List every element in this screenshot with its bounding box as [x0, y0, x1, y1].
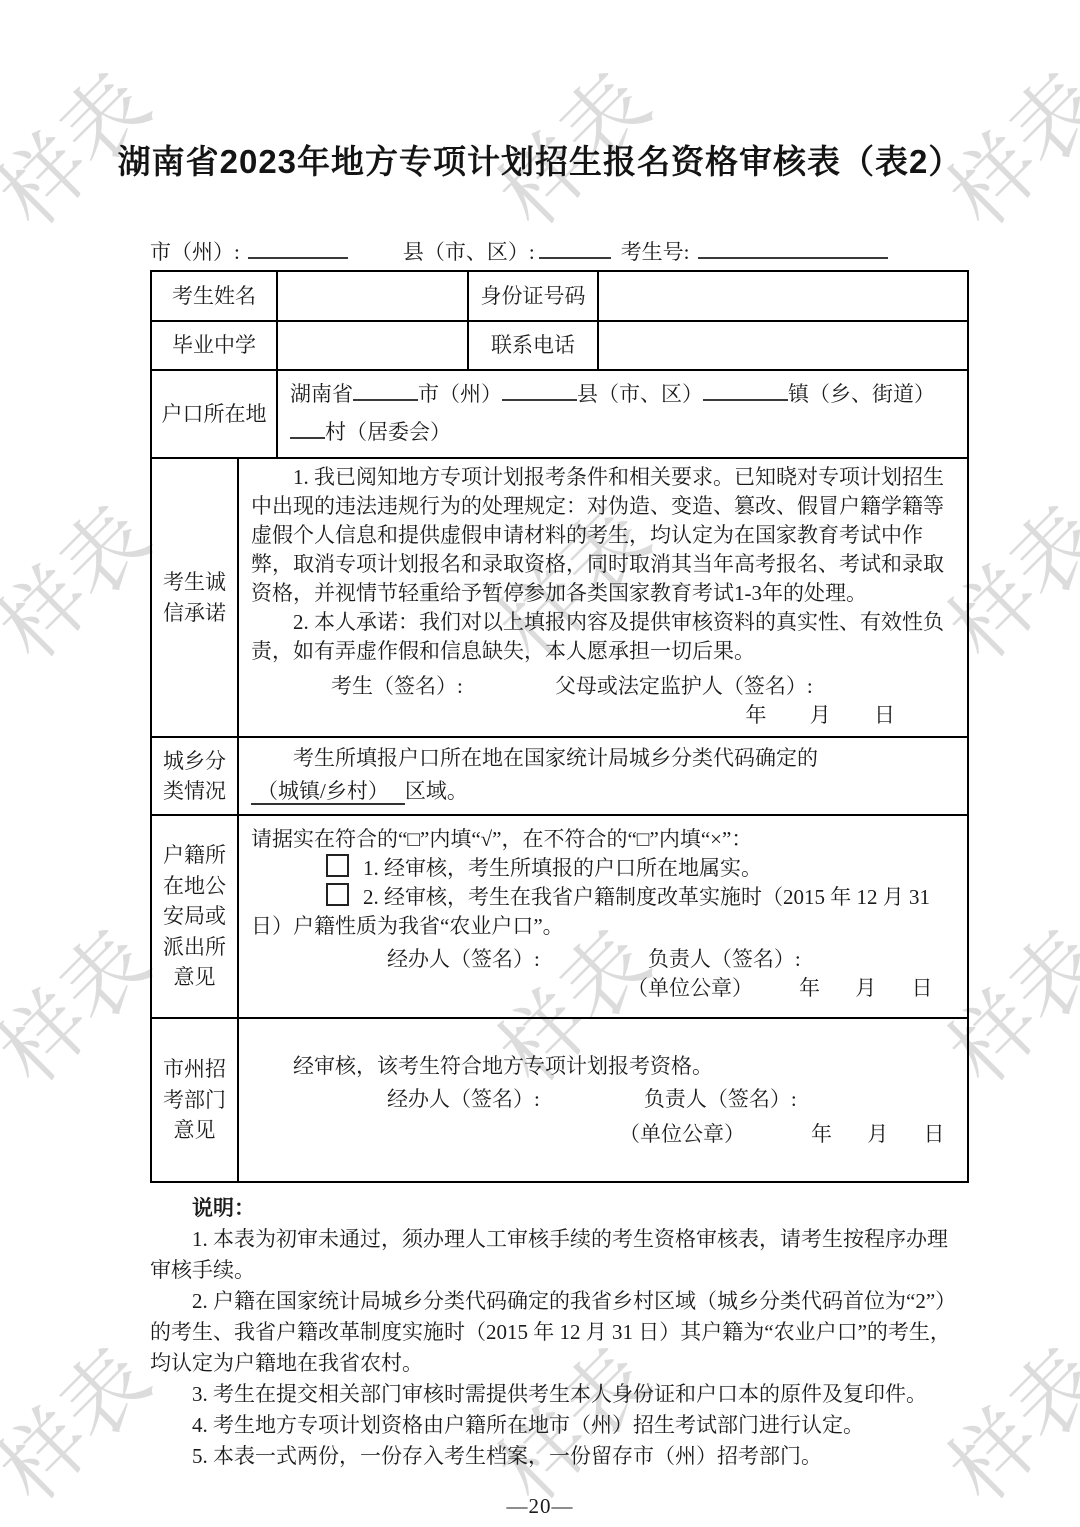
id-number-label: 身份证号码: [468, 271, 598, 321]
urban-rural-cell: 考生所填报户口所在地在国家统计局城乡分类代码确定的（城镇/乡村）区域。: [238, 737, 968, 815]
candidate-no-blank[interactable]: [698, 235, 888, 259]
page-number: —20—: [0, 1494, 1080, 1519]
admission-statement: 经审核，该考生符合地方专项计划报考资格。: [251, 1052, 955, 1081]
county-blank[interactable]: [539, 235, 611, 259]
note-item-5: 5. 本表一式两份，一份存入考生档案，一份留存市（州）招考部门。: [150, 1441, 968, 1472]
contact-phone-label: 联系电话: [468, 321, 598, 370]
police-signature-row: 经办人（签名）: 负责人（签名）:: [251, 945, 955, 974]
hukou-blank-3[interactable]: [703, 377, 788, 401]
hukou-seg-county: 县（市、区）: [577, 382, 703, 406]
integrity-pledge-cell: 1. 我已阅知地方专项计划报考条件和相关要求。已知晓对专项计划招生中出现的违法违…: [238, 458, 968, 737]
note-item-4: 4. 考生地方专项计划资格由户籍所在地市（州）招生考试部门进行认定。: [150, 1410, 968, 1441]
police-check-item-1: 1. 经审核，考生所填报的户口所在地属实。: [251, 854, 955, 883]
police-handler-sign-label[interactable]: 经办人（签名）:: [387, 945, 540, 974]
admission-seal-label: （单位公章）: [619, 1120, 745, 1149]
form-document: 湖南省2023年地方专项计划招生报名资格审核表（表2） 市（州）:县（市、区）:…: [0, 136, 1080, 1519]
table-row: 户籍所在地公安局或派出所意见 请据实在符合的“□”内填“√”，在不符合的“□”内…: [151, 815, 968, 1018]
id-number-value[interactable]: [598, 271, 968, 321]
admission-date-line: 年 月 日: [811, 1120, 945, 1149]
police-opinion-label: 户籍所在地公安局或派出所意见: [151, 815, 238, 1018]
police-check-item-2: 2. 经审核，考生在我省户籍制度改革实施时（2015 年 12 月 31 日）户…: [251, 883, 955, 941]
table-row: 户口所在地 湖南省市（州）县（市、区）镇（乡、街道）村（居委会）: [151, 370, 968, 458]
hukou-seg-province: 湖南省: [290, 382, 353, 406]
admission-handler-sign-label[interactable]: 经办人（签名）:: [387, 1085, 540, 1114]
integrity-para-1: 1. 我已阅知地方专项计划报考条件和相关要求。已知晓对专项计划招生中出现的违法违…: [251, 463, 955, 608]
contact-phone-value[interactable]: [598, 321, 968, 370]
police-item-2-text: 2. 经审核，考生在我省户籍制度改革实施时（2015 年 12 月 31 日）户…: [251, 885, 930, 938]
graduate-school-value[interactable]: [277, 321, 468, 370]
city-blank[interactable]: [248, 235, 348, 259]
admission-signature-row: 经办人（签名）: 负责人（签名）:: [251, 1085, 955, 1114]
hukou-seg-town: 镇（乡、街道）: [788, 382, 935, 406]
table-row: 考生姓名 身份证号码: [151, 271, 968, 321]
candidate-name-value[interactable]: [277, 271, 468, 321]
table-row: 毕业中学 联系电话: [151, 321, 968, 370]
review-form-table: 考生姓名 身份证号码 毕业中学 联系电话 户口所在地 湖南省市（州）县（市、区）…: [150, 270, 969, 1183]
admission-opinion-label: 市州招考部门意见: [151, 1018, 238, 1182]
notes-section: 说明： 1. 本表为初审未通过，须办理人工审核手续的考生资格审核表，请考生按程序…: [150, 1193, 968, 1472]
hukou-label: 户口所在地: [151, 370, 277, 458]
hukou-blank-1[interactable]: [353, 377, 418, 401]
hukou-seg-city: 市（州）: [418, 382, 502, 406]
candidate-no-label: 考生号:: [621, 240, 690, 264]
police-item-1-text: 1. 经审核，考生所填报的户口所在地属实。: [363, 856, 762, 880]
note-item-2: 2. 户籍在国家统计局城乡分类代码确定的我省乡村区域（城乡分类代码首位为“2”）…: [150, 1286, 968, 1379]
hukou-fill-area: 湖南省市（州）县（市、区）镇（乡、街道）村（居委会）: [277, 370, 968, 458]
hukou-blank-4[interactable]: [290, 415, 325, 439]
candidate-sign-label[interactable]: 考生（签名）:: [331, 672, 463, 701]
city-label: 市（州）:: [150, 240, 240, 264]
police-date-line: 年 月 日: [799, 974, 933, 1003]
integrity-signature-row: 考生（签名）: 父母或法定监护人（签名）:: [251, 672, 955, 701]
hukou-blank-2[interactable]: [502, 377, 577, 401]
notes-heading: 说明：: [150, 1193, 968, 1224]
police-opinion-cell: 请据实在符合的“□”内填“√”，在不符合的“□”内填“×”： 1. 经审核，考生…: [238, 815, 968, 1018]
police-instruction: 请据实在符合的“□”内填“√”，在不符合的“□”内填“×”：: [251, 825, 955, 854]
hukou-seg-village: 村（居委会）: [325, 420, 451, 444]
page-title: 湖南省2023年地方专项计划招生报名资格审核表（表2）: [0, 136, 1080, 183]
header-fill-line: 市（州）:县（市、区）:考生号:: [150, 235, 968, 266]
note-item-3: 3. 考生在提交相关部门审核时需提供考生本人身份证和户口本的原件及复印件。: [150, 1379, 968, 1410]
urban-rural-label: 城乡分类情况: [151, 737, 238, 815]
admission-manager-sign-label[interactable]: 负责人（签名）:: [644, 1085, 797, 1114]
candidate-name-label: 考生姓名: [151, 271, 277, 321]
table-row: 城乡分类情况 考生所填报户口所在地在国家统计局城乡分类代码确定的（城镇/乡村）区…: [151, 737, 968, 815]
note-item-1: 1. 本表为初审未通过，须办理人工审核手续的考生资格审核表，请考生按程序办理审核…: [150, 1224, 968, 1286]
police-date-row: （单位公章） 年 月 日: [251, 974, 955, 1003]
urban-rural-text-before: 考生所填报户口所在地在国家统计局城乡分类代码确定的: [293, 746, 818, 770]
checkbox-agricultural-hukou[interactable]: [326, 883, 349, 906]
integrity-label: 考生诚信承诺: [151, 458, 238, 737]
county-label: 县（市、区）:: [403, 240, 535, 264]
graduate-school-label: 毕业中学: [151, 321, 277, 370]
admission-opinion-cell: 经审核，该考生符合地方专项计划报考资格。 经办人（签名）: 负责人（签名）: （…: [238, 1018, 968, 1182]
urban-rural-underlined-choice[interactable]: （城镇/乡村）: [251, 779, 405, 805]
integrity-date-line: 年 月 日: [251, 701, 955, 730]
urban-rural-text-after: 区域。: [405, 779, 468, 803]
police-manager-sign-label[interactable]: 负责人（签名）:: [648, 945, 801, 974]
table-row: 考生诚信承诺 1. 我已阅知地方专项计划报考条件和相关要求。已知晓对专项计划招生…: [151, 458, 968, 737]
table-row: 市州招考部门意见 经审核，该考生符合地方专项计划报考资格。 经办人（签名）: 负…: [151, 1018, 968, 1182]
admission-date-row: （单位公章） 年 月 日: [251, 1120, 955, 1149]
checkbox-hukou-verified[interactable]: [326, 854, 349, 877]
integrity-para-2: 2. 本人承诺：我们对以上填报内容及提供审核资料的真实性、有效性负责，如有弄虚作…: [251, 608, 955, 666]
guardian-sign-label[interactable]: 父母或法定监护人（签名）:: [555, 672, 813, 701]
police-seal-label: （单位公章）: [627, 974, 753, 1003]
